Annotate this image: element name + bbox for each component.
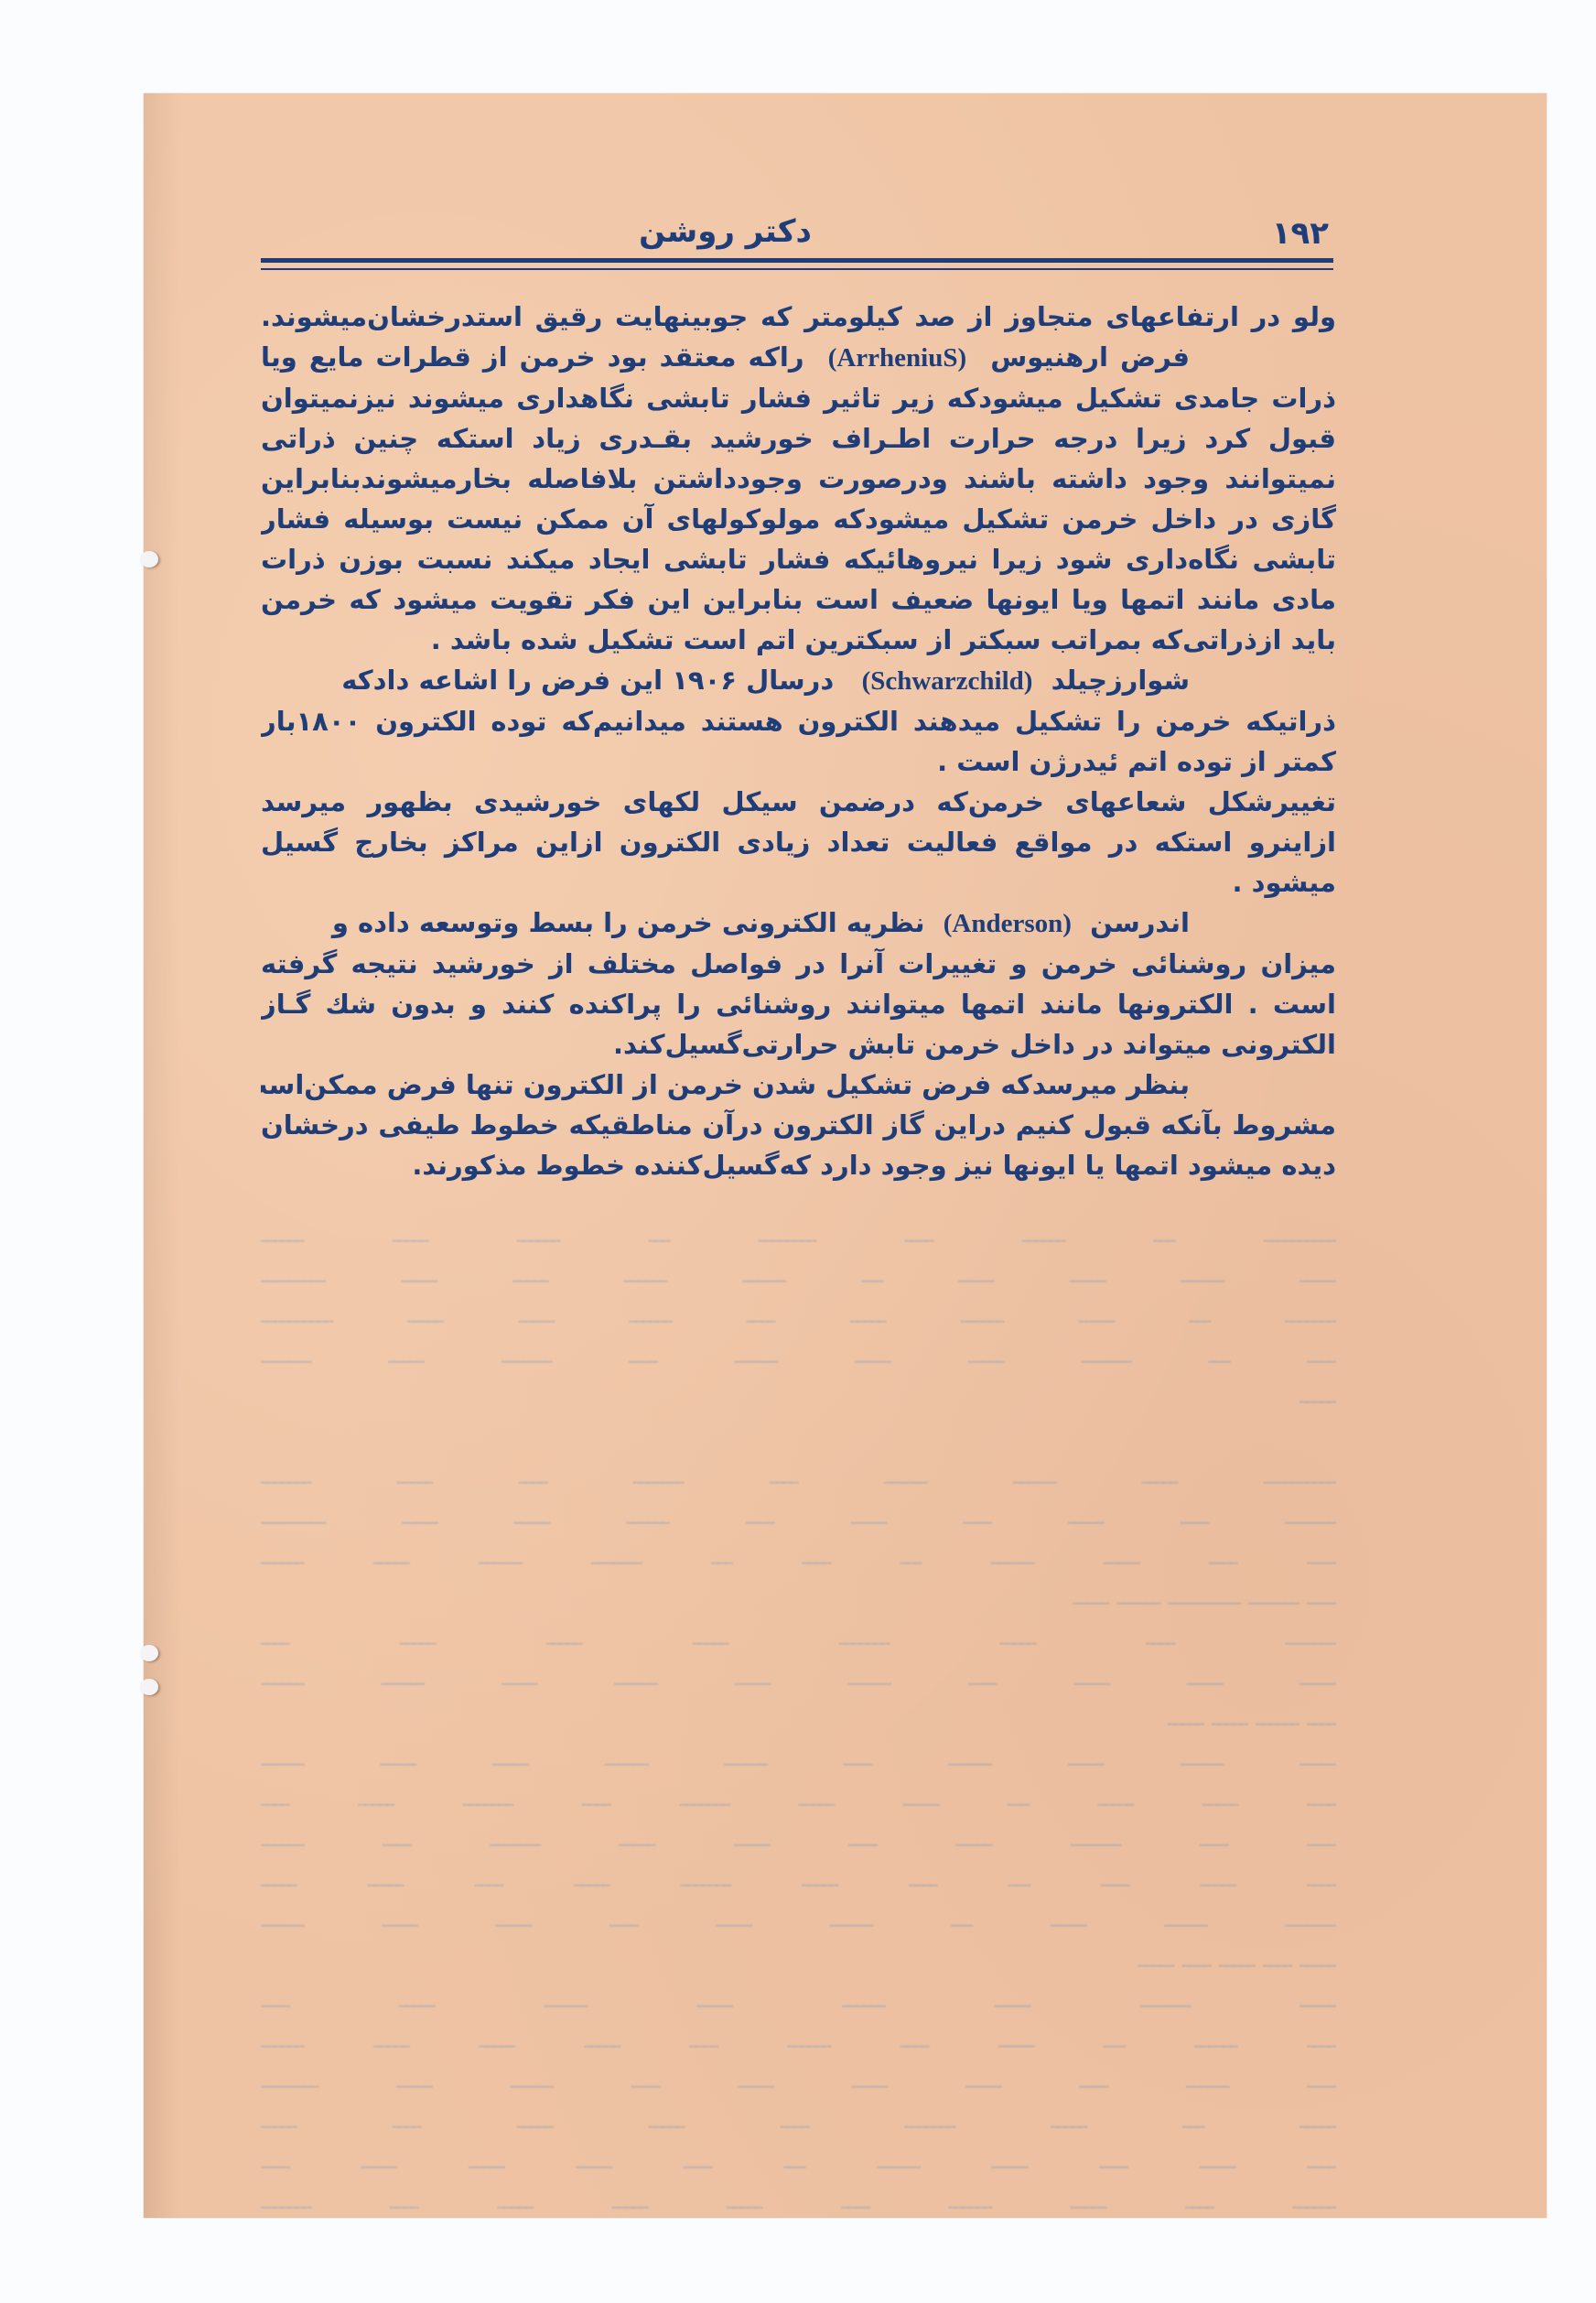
bleed-line: ـــــــ ــــ ـــــ ـــــ ـــــ ــــ ــــ… <box>261 2181 1336 2222</box>
bleed-line: ـــــ ــــ ـــــ ـــــ ــــ ـــــــ ــــ… <box>261 2101 1336 2141</box>
name-schwarzschild-latin: (Schwarzchild) <box>862 666 1033 696</box>
bleed-line: ــــــ ــــــ ـــــ ــــــ ـــــ ــــــ … <box>261 1658 1336 1698</box>
page-header: ۱۹۲ دکتر روشن <box>261 208 1333 272</box>
text-fragment: قطرات مایع ویا <box>261 341 471 373</box>
text-line: کمتر از توده اتم ئیدرژن است . <box>261 741 1336 782</box>
text-fragment: درسال ۱۹۰۶ این فرض را اشاعه دادکه <box>341 665 834 696</box>
text-line: میشود . <box>261 862 1336 903</box>
name-arrhenius-latin: (ArrheniuS) <box>828 343 966 373</box>
bleed-through-text: ــــــ ـــــ ــــــ ـــ ــــــــ ــــ ــ… <box>261 1215 1336 2222</box>
text-line-schwarzschild: شوارزچیلد (Schwarzchild) درسال ۱۹۰۶ این … <box>261 660 1336 701</box>
bleed-line: ـــــــ ـــــ ـــــــ ــــ ــــــ ـــــ … <box>261 1335 1336 1376</box>
text-line: بنظر میرسدکه فرض تشکیل شدن خرمن از الکتر… <box>261 1065 1336 1105</box>
text-line: مشروط بآنکه قبول کنیم دراین گاز الکترون … <box>261 1105 1336 1145</box>
text-line: ذرات جامدی تشکیل میشودکه زیر تاثیر فشار … <box>261 378 1336 418</box>
bleed-line: ــــ ـــــ ـــــ ـــــ ــــ ـــ ــــــ ـ… <box>261 2141 1336 2181</box>
bleed-line: ــــــ ـــــ ـــــ ـــــ ــــ ــــــ ـــ… <box>261 2020 1336 2060</box>
bleed-line: ــــــ ـــــ ـــــ ــــــ ــــــ ــــ ــ… <box>261 1738 1336 1779</box>
text-line: مادی مانند اتمها ویا ایونها ضعیف است بنا… <box>261 579 1336 620</box>
text-line: الکترونی میتواند در داخل خرمن تابش حرارت… <box>261 1024 1336 1065</box>
page-number: ۱۹۲ <box>1272 215 1329 252</box>
bleed-line: ـــــ ـــــ ــــ ـــــ ـــــــ ـــــ ـــ… <box>261 1859 1336 1899</box>
header-rule-thick <box>261 258 1333 263</box>
bleed-line: ـــــــ ـــــ ــــ ـــــــ ــــ ــــــ ـ… <box>261 1456 1336 1497</box>
text-line: ذراتیکه خرمن را تشکیل میدهند الکترون هست… <box>261 701 1336 741</box>
bleed-line: ــــ ـــــ ـــــ ـــــ ـــــــ ـــــ ـــ… <box>261 1617 1336 1658</box>
text-line: نمیتوانند وجود داشته باشند ودرصورت وجودد… <box>261 459 1336 499</box>
bleed-line: ــــــ ـــــ ـــــ ــــ ـــــ ــــــ ـــ… <box>261 1899 1336 1940</box>
binding-hole <box>140 1645 158 1661</box>
name-schwarzschild-fa: شوارزچیلد <box>1051 665 1190 696</box>
bleed-line: ـــــــــ ـــــ ـــــ ــــــ ــــ ـــــ … <box>261 1497 1336 1537</box>
bleed-gap <box>261 1416 1336 1456</box>
body-text: ولو در ارتفاعهای متجاوز از صد کیلومتر که… <box>261 297 1336 1185</box>
header-rule-thin <box>261 268 1333 270</box>
binding-hole <box>140 551 158 568</box>
text-line: ازاینرو استکه در مواقع فعالیت تعداد زیاد… <box>261 822 1336 862</box>
bleed-line: ــــ ـــــ ــــــ ـــــ ــــــ ـــــ ـــ… <box>261 1980 1336 2020</box>
bleed-line: ــــــــــ ـــــ ـــــ ــــــ ــــ ـــــ… <box>261 1295 1336 1335</box>
bleed-line: ـــــ ــــــ ــــــــــ ـــــــ ــــ <box>261 1577 1336 1617</box>
text-line: دیده میشود اتمها یا ایونها نیز وجود دارد… <box>261 1145 1336 1185</box>
text-line-arrhenius: فرض ارهنیوس (ArrheniuS) راکه معتقد بود خ… <box>261 337 1336 378</box>
bleed-line: ــــــ ـــــ ــــــ ـــ ــــــــ ــــ ــ… <box>261 1215 1336 1255</box>
text-line: باید ازذراتی‌که بمراتب سبکتر از سبکترین … <box>261 620 1336 660</box>
bleed-line: ــــــ ــــ ـــــــ ـــــ ـــــ ــــ ـــ… <box>261 1819 1336 1859</box>
text-fragment: نظریه الکترونی خرمن را بسط وتوسعه داده و <box>332 907 925 938</box>
name-anderson-fa: اندرسن <box>1090 907 1190 938</box>
text-line: گازی در داخل خرمن تشکیل میشودکه مولوکوله… <box>261 499 1336 539</box>
bleed-line: ـــــــــ ـــــ ـــــ ــــــ ــــــ ـــ … <box>261 1255 1336 1295</box>
text-fragment: راکه معتقد بود خرمن از <box>483 341 804 373</box>
bleed-line: ــــ ـــــ ـــــــ ــــ ـــــــ ـــــ ــ… <box>261 1779 1336 1819</box>
text-line: ولو در ارتفاعهای متجاوز از صد کیلومتر که… <box>261 297 1336 337</box>
bleed-line: ــــــ ـــــ ــــــ ـــــــ ـــ ــــ ـــ… <box>261 1537 1336 1577</box>
name-anderson-latin: (Anderson) <box>944 909 1072 938</box>
text-line: تابشی نگاه‌داری شود زیرا نیروهائیکه فشار… <box>261 539 1336 579</box>
text-line: تغییرشکل شعاعهای خرمن‌که درضمن سیکل لکها… <box>261 782 1336 822</box>
scanned-page: ۱۹۲ دکتر روشن ولو در ارتفاعهای متجاوز از… <box>144 93 1547 2218</box>
bleed-line: ـــــ <box>261 1376 1336 1416</box>
running-title: دکتر روشن <box>639 213 812 250</box>
text-line: میزان روشنائی خرمن و تغییرات آنرا در فوا… <box>261 944 1336 984</box>
text-line-anderson: اندرسن (Anderson) نظریه الکترونی خرمن را… <box>261 903 1336 944</box>
name-arrhenius-fa: فرض ارهنیوس <box>990 341 1190 373</box>
bleed-line: ـــــ ــــ ـــــ ــــ ـــــ <box>261 1940 1336 1980</box>
text-line: قبول کرد زیرا درجه حرارت اطـراف خورشید ب… <box>261 418 1336 459</box>
bleed-line: ـــــ ـــــ ــــــ ــــ <box>261 1698 1336 1738</box>
binding-hole <box>140 1679 158 1695</box>
text-line: است . الکترونها مانند اتمها میتوانند روش… <box>261 984 1336 1024</box>
bleed-line: ــــــــ ـــــ ــــــ ــــ ـــــ ـــــ ـ… <box>261 2060 1336 2101</box>
